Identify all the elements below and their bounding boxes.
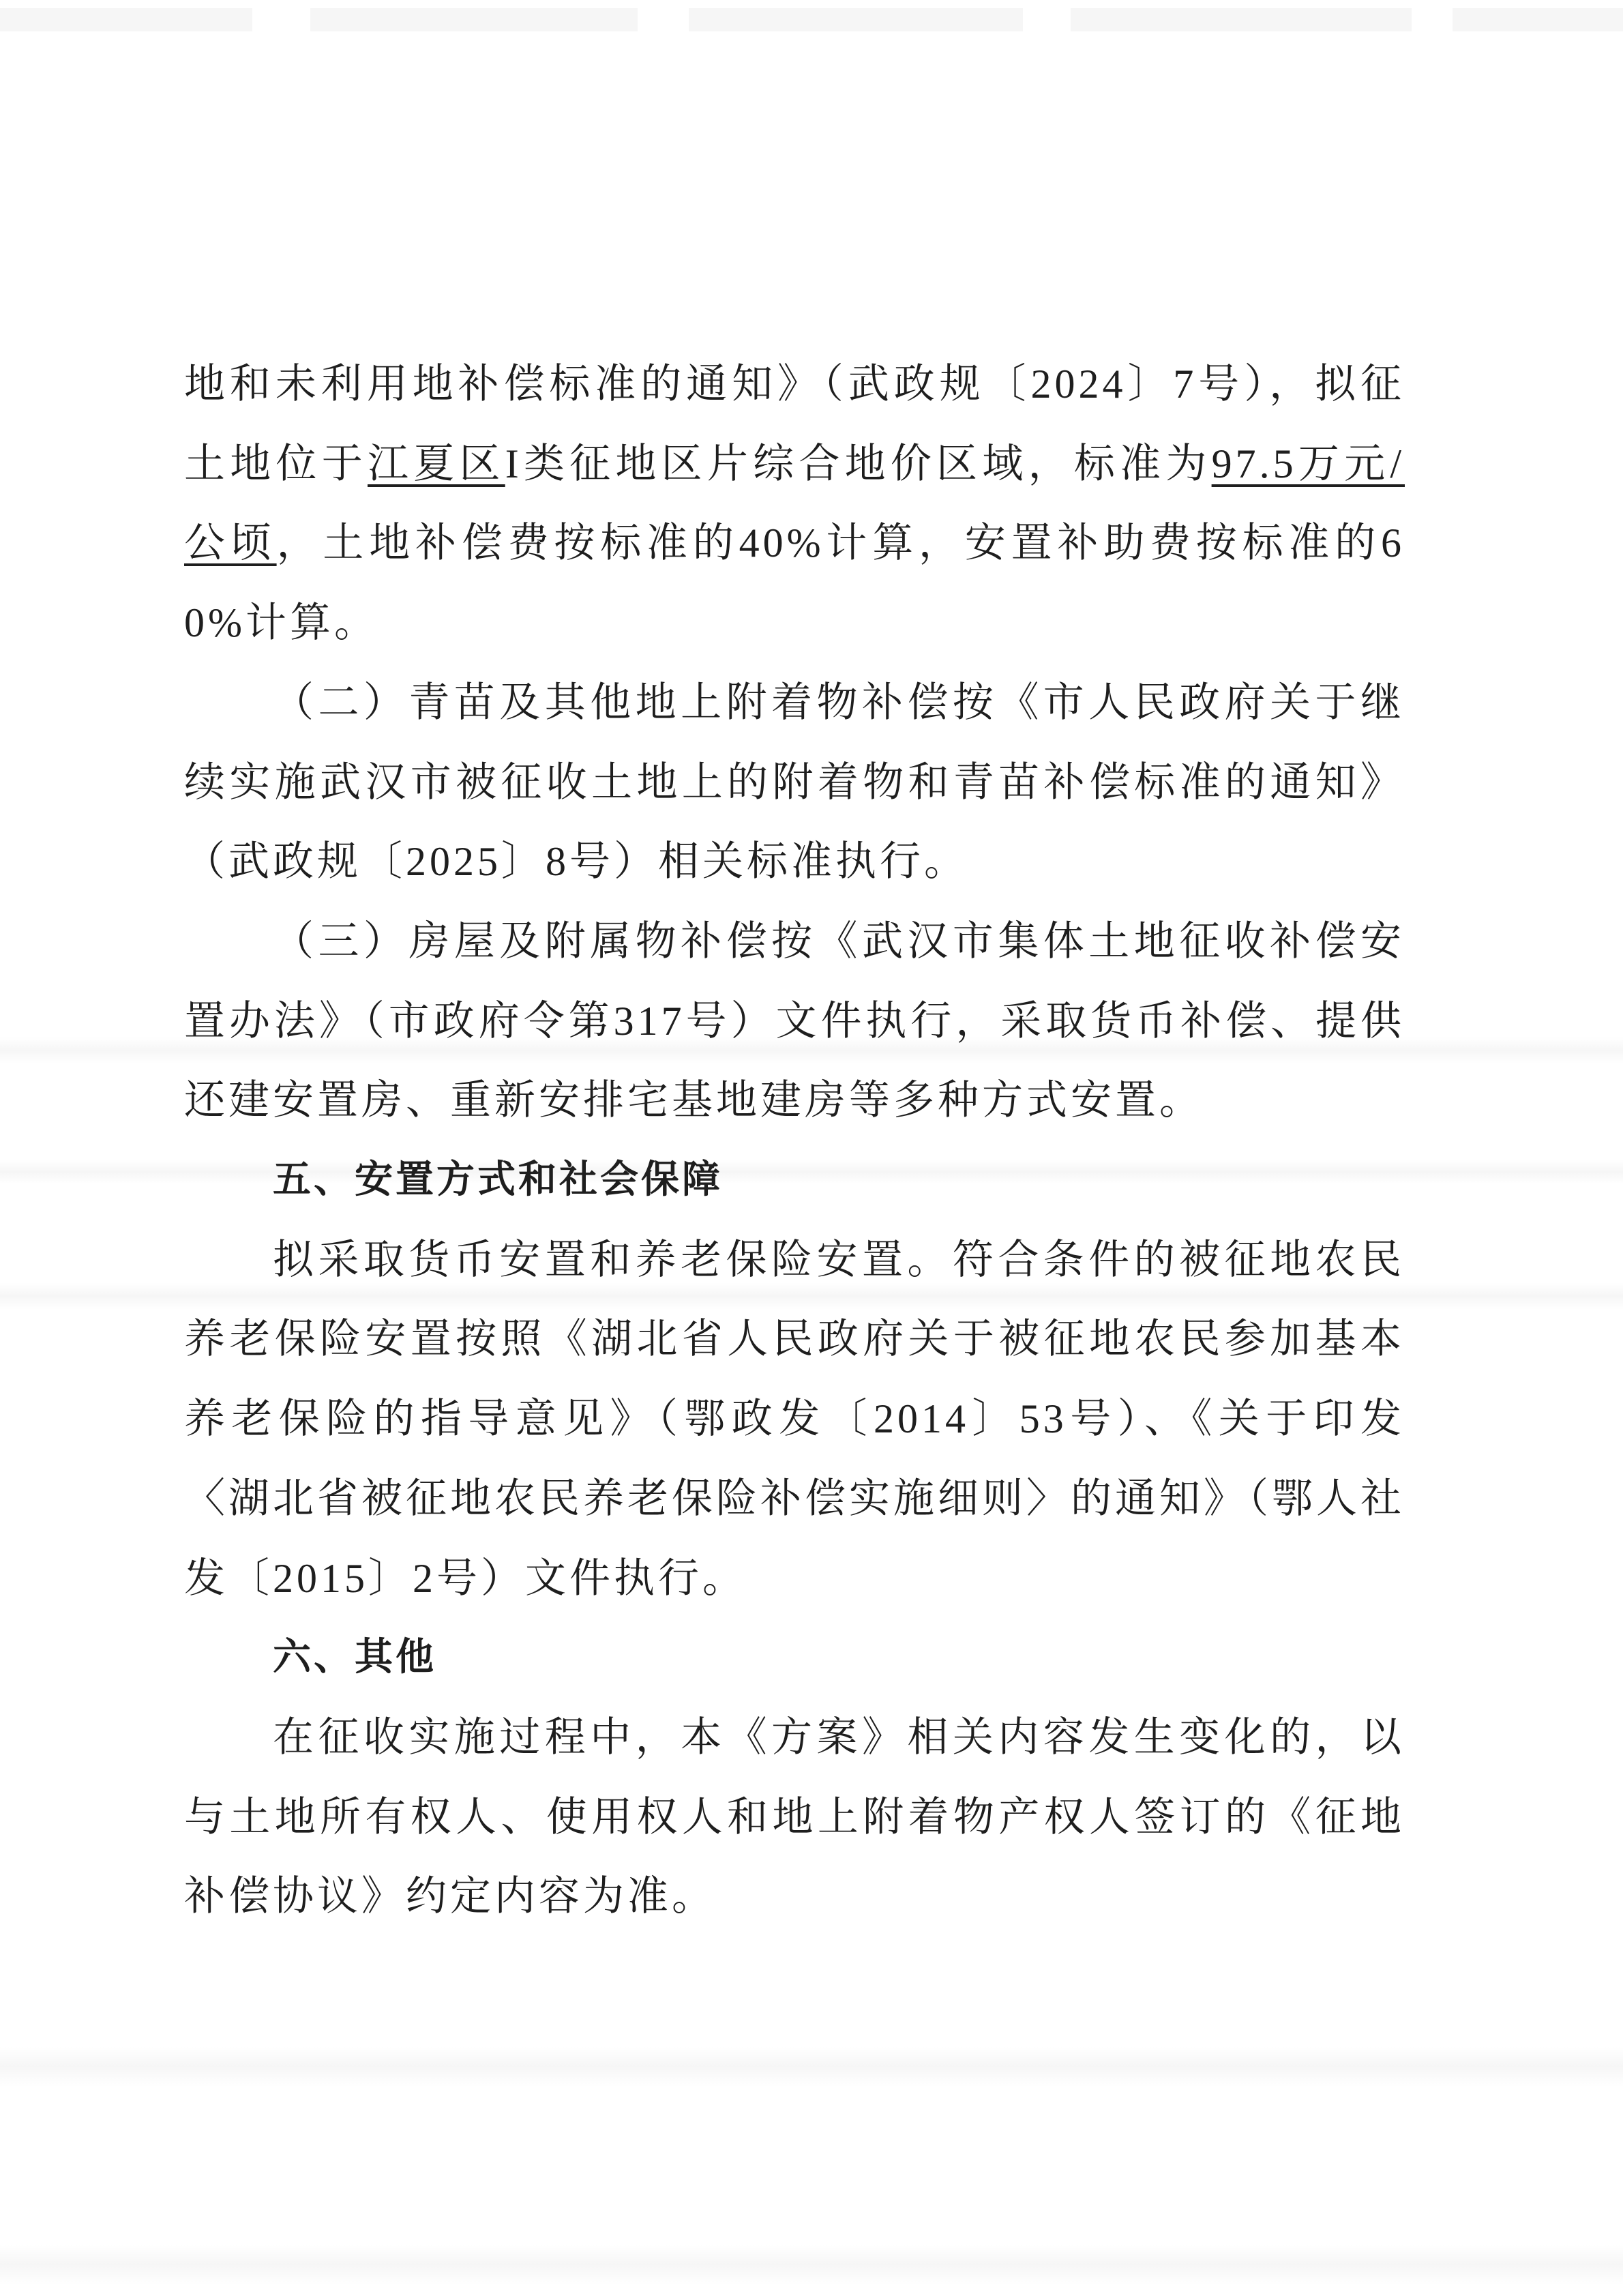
scan-artifact-top: [310, 8, 638, 31]
paragraph-land-compensation-standard: 地和未利用地补偿标准的通知》（武政规〔2024〕7号），拟征土地位于江夏区I类征…: [184, 344, 1405, 663]
text-segment: I类征地区片综合地价区域，标准为: [505, 441, 1212, 486]
section-heading-other: 六、其他: [184, 1618, 1405, 1698]
underlined-district: 江夏区: [368, 441, 505, 486]
scan-artifact-top: [1071, 8, 1412, 31]
scan-artifact-top: [0, 8, 252, 31]
section-heading-resettlement: 五、安置方式和社会保障: [184, 1140, 1405, 1220]
paragraph-other-provisions: 在征收实施过程中，本《方案》相关内容发生变化的，以与土地所有权人、使用权人和地上…: [184, 1698, 1405, 1937]
scan-artifact-band: [0, 2244, 1623, 2285]
scan-artifact-band: [0, 2046, 1623, 2087]
paragraph-resettlement-insurance: 拟采取货币安置和养老保险安置。符合条件的被征地农民养老保险安置按照《湖北省人民政…: [184, 1220, 1405, 1619]
scan-artifact-top: [1453, 8, 1623, 31]
paragraph-crops-compensation: （二）青苗及其他地上附着物补偿按《市人民政府关于继续实施武汉市被征收土地上的附着…: [184, 663, 1405, 902]
document-body: 地和未利用地补偿标准的通知》（武政规〔2024〕7号），拟征土地位于江夏区I类征…: [184, 344, 1405, 1937]
scan-artifact-top: [689, 8, 1023, 31]
paragraph-housing-compensation: （三）房屋及附属物补偿按《武汉市集体土地征收补偿安置办法》（市政府令第317号）…: [184, 902, 1405, 1140]
text-segment: ，土地补偿费按标准的40%计算，安置补助费按标准的60%计算。: [184, 520, 1405, 645]
